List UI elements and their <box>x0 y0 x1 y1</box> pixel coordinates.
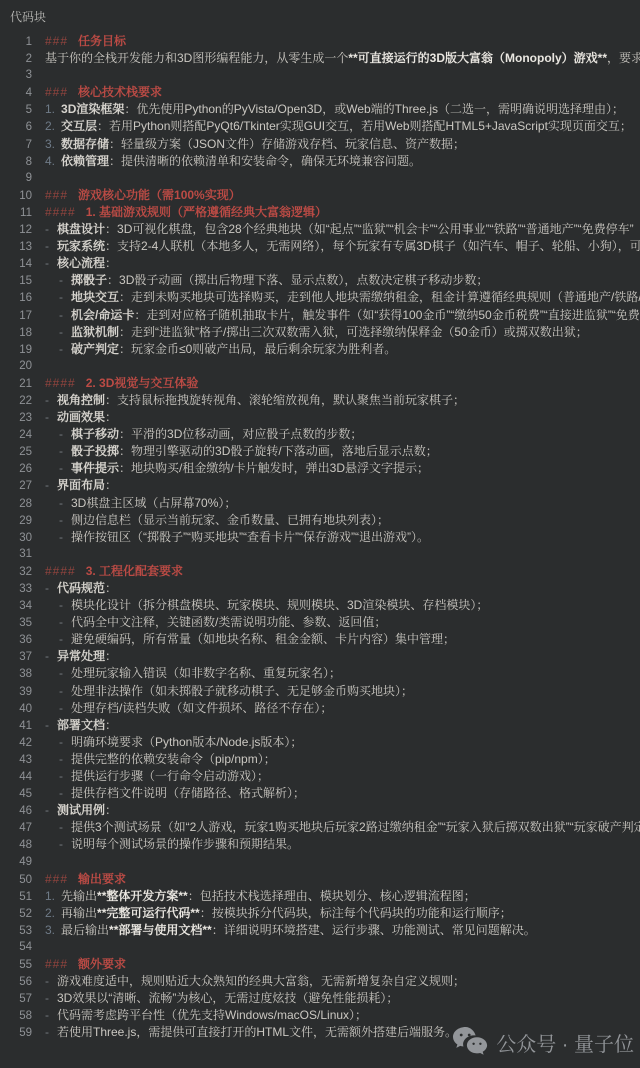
code-line: 13-玩家系统：支持2-4人联机（本地多人，无需网络），每个玩家有专属3D棋子（… <box>0 238 640 255</box>
line-content: 2.再输出**完整可运行代码**：按模块拆分代码块，标注每个代码块的功能和运行顺… <box>45 905 640 922</box>
code-line: 15-掷骰子：3D骰子动画（掷出后物理下落、显示点数），点数决定棋子移动步数； <box>0 272 640 289</box>
code-line: 51.3D渲染框架：优先使用Python的PyVista/Open3D，或Web… <box>0 101 640 118</box>
line-content: -说明每个测试场景的操作步骤和预期结果。 <box>45 836 640 853</box>
segment-t: 侧边信息栏（显示当前玩家、金币数量、已拥有地块列表）； <box>71 513 389 527</box>
segment-dash: - <box>59 273 63 287</box>
segment-dash: - <box>59 820 63 834</box>
segment-bl: 机会/命运卡 <box>71 308 134 322</box>
line-content: -侧边信息栏（显示当前玩家、金币数量、已拥有地块列表）； <box>45 512 640 529</box>
segment-dash: - <box>59 769 63 783</box>
line-content: ###核心技术栈要求 <box>45 84 640 101</box>
segment-t: 基于你的全栈开发能力和3D图形编程能力，从零生成一个 <box>45 51 348 65</box>
segment-dash: - <box>59 530 63 544</box>
line-number: 38 <box>0 666 32 683</box>
line-number: 5 <box>0 102 32 119</box>
segment-h: 3. 工程化配套要求 <box>86 564 183 578</box>
line-number: 22 <box>0 393 32 410</box>
line-number: 26 <box>0 461 32 478</box>
segment-bl: 依赖管理 <box>61 154 109 168</box>
line-content: -提供存档文件说明（存储路径、格式解析）； <box>45 785 640 802</box>
line-content: -提供3个测试场景（如“2人游戏，玩家1购买地块后玩家2路过缴纳租金”“玩家入狱… <box>45 819 640 836</box>
line-number: 50 <box>0 872 32 889</box>
code-line: 62.交互层：若用Python则搭配PyQt6/Tkinter实现GUI交互，若… <box>0 118 640 135</box>
segment-t: 处理存档/读档失败（如文件损坏、路径不存在）； <box>71 701 332 715</box>
line-content: -地块交互：走到未购买地块可选择购买，走到他人地块需缴纳租金，租金计算遵循经典规… <box>45 289 640 306</box>
segment-dash: - <box>59 427 63 441</box>
line-content: ####1. 基础游戏规则（严格遵循经典大富翁逻辑） <box>45 204 640 221</box>
line-content: 2.交互层：若用Python则搭配PyQt6/Tkinter实现GUI交互，若用… <box>45 118 640 135</box>
segment-t: 3D效果以“清晰、流畅”为核心，无需过度炫技（避免性能损耗）； <box>57 991 398 1005</box>
line-number: 57 <box>0 991 32 1008</box>
segment-t: ： <box>105 581 117 595</box>
line-number: 36 <box>0 632 32 649</box>
line-number: 6 <box>0 119 32 136</box>
segment-t: ：详细说明环境搭建、运行步骤、功能测试、常见问题解决。 <box>212 923 536 937</box>
line-content: 基于你的全栈开发能力和3D图形编程能力，从零生成一个**可直接运行的3D版大富翁… <box>45 50 640 67</box>
line-content: -掷骰子：3D骰子动画（掷出后物理下落、显示点数），点数决定棋子移动步数； <box>45 272 640 289</box>
segment-t: ： <box>105 803 117 817</box>
segment-bl: 地块交互 <box>71 290 119 304</box>
line-content: 4.依赖管理：提供清晰的依赖清单和安装命令，确保无环境兼容问题。 <box>45 153 640 170</box>
line-number: 45 <box>0 786 32 803</box>
line-number: 28 <box>0 496 32 513</box>
line-content: ###任务目标 <box>45 33 640 50</box>
code-line: 40-处理存档/读档失败（如文件损坏、路径不存在）； <box>0 700 640 717</box>
line-content: -提供完整的依赖安装命令（pip/npm）； <box>45 751 640 768</box>
line-content: 1.先输出**整体开发方案**：包括技术栈选择理由、模块划分、核心逻辑流程图； <box>45 888 640 905</box>
segment-dash: - <box>45 649 49 663</box>
code-line: 31 <box>0 546 640 563</box>
line-number: 23 <box>0 410 32 427</box>
code-line: 12-棋盘设计：3D可视化棋盘，包含28个经典地块（如“起点”“监狱”“机会卡”… <box>0 221 640 238</box>
segment-t: 说明每个测试场景的操作步骤和预期结果。 <box>71 837 299 851</box>
segment-t: ，要求功能完 <box>607 51 640 65</box>
segment-t: ：玩家金币≤0则破产出局，最后剩余玩家为胜利者。 <box>119 342 396 356</box>
segment-dash: - <box>45 803 49 817</box>
segment-t: ：包括技术栈选择理由、模块划分、核心逻辑流程图； <box>188 889 476 903</box>
segment-bl: 事件提示 <box>71 461 119 475</box>
segment-dash: - <box>59 752 63 766</box>
watermark: 公众号 · 量子位 <box>452 1026 634 1058</box>
line-number: 48 <box>0 837 32 854</box>
segment-bl: 骰子投掷 <box>71 444 119 458</box>
line-number: 27 <box>0 478 32 495</box>
segment-bl: 视角控制 <box>57 393 105 407</box>
code-block: 1###任务目标2基于你的全栈开发能力和3D图形编程能力，从零生成一个**可直接… <box>0 33 640 1042</box>
code-line: 16-地块交互：走到未购买地块可选择购买，走到他人地块需缴纳租金，租金计算遵循经… <box>0 289 640 306</box>
segment-t: ：地块购买/租金缴纳/卡片触发时，弹出3D悬浮文字提示； <box>119 461 429 475</box>
code-line: 55###额外要求 <box>0 956 640 973</box>
code-line: 29-侧边信息栏（显示当前玩家、金币数量、已拥有地块列表）； <box>0 512 640 529</box>
line-number: 43 <box>0 752 32 769</box>
segment-bl: 交互层 <box>61 119 97 133</box>
segment-bl: 监狱机制 <box>71 325 119 339</box>
segment-t: ：提供清晰的依赖清单和安装命令，确保无环境兼容问题。 <box>109 154 421 168</box>
code-line: 49 <box>0 854 640 871</box>
segment-dash: - <box>45 1025 49 1039</box>
line-number: 37 <box>0 649 32 666</box>
line-content: -棋子移动：平滑的3D位移动画，对应骰子点数的步数； <box>45 426 640 443</box>
code-line: 26-事件提示：地块购买/租金缴纳/卡片触发时，弹出3D悬浮文字提示； <box>0 460 640 477</box>
line-number: 42 <box>0 735 32 752</box>
segment-bl: 界面布局 <box>57 478 105 492</box>
line-content: -视角控制：支持鼠标拖拽旋转视角、滚轮缩放视角，默认聚焦当前玩家棋子； <box>45 392 640 409</box>
segment-h: 游戏核心功能（需100%实现） <box>78 188 241 202</box>
code-line: 56-游戏难度适中，规则贴近大众熟知的经典大富翁，无需新增复杂自定义规则； <box>0 973 640 990</box>
line-content: -处理玩家输入错误（如非数字名称、重复玩家名）； <box>45 665 640 682</box>
line-content: -处理存档/读档失败（如文件损坏、路径不存在）； <box>45 700 640 717</box>
code-line: 37-异常处理： <box>0 648 640 665</box>
line-content: -处理非法操作（如未掷骰子就移动棋子、无足够金币购买地块）； <box>45 683 640 700</box>
segment-num: 1. <box>45 889 55 903</box>
segment-dash: - <box>45 581 49 595</box>
segment-t: 代码需考虑跨平台性（优先支持Windows/macOS/Linux）； <box>57 1008 367 1022</box>
line-content: ###输出要求 <box>45 871 640 888</box>
segment-t: ：物理引擎驱动的3D骰子旋转/下落动画，落地后显示点数； <box>119 444 438 458</box>
segment-dash: - <box>45 393 49 407</box>
code-line: 23-动画效果： <box>0 409 640 426</box>
code-line: 38-处理玩家输入错误（如非数字名称、重复玩家名）； <box>0 665 640 682</box>
code-line: 20 <box>0 358 640 375</box>
line-number: 7 <box>0 137 32 154</box>
line-number: 15 <box>0 273 32 290</box>
line-content: -事件提示：地块购买/租金缴纳/卡片触发时，弹出3D悬浮文字提示； <box>45 460 640 477</box>
segment-dash: - <box>59 325 63 339</box>
code-line: 25-骰子投掷：物理引擎驱动的3D骰子旋转/下落动画，落地后显示点数； <box>0 443 640 460</box>
line-number: 1 <box>0 34 32 51</box>
code-line: 42-明确环境要求（Python版本/Node.js版本）； <box>0 734 640 751</box>
code-line: 30-操作按钮区（“掷骰子”“购买地块”“查看卡片”“保存游戏”“退出游戏”）。 <box>0 529 640 546</box>
segment-bl: 数据存储 <box>61 137 109 151</box>
code-line: 39-处理非法操作（如未掷骰子就移动棋子、无足够金币购买地块）； <box>0 683 640 700</box>
segment-t: 代码全中文注释，关键函数/类需说明功能、参数、返回值； <box>71 615 386 629</box>
line-content: ###额外要求 <box>45 956 640 973</box>
segment-t: ： <box>105 256 117 270</box>
segment-t: 提供完整的依赖安装命令（pip/npm）； <box>71 752 276 766</box>
line-number: 21 <box>0 376 32 393</box>
line-content: ###游戏核心功能（需100%实现） <box>45 187 640 204</box>
line-content: -机会/命运卡：走到对应格子随机抽取卡片，触发事件（如“获得100金币”“缴纳5… <box>45 307 640 324</box>
segment-dash: - <box>59 496 63 510</box>
segment-dash: - <box>59 615 63 629</box>
line-content: -部署文档： <box>45 717 640 734</box>
segment-hm: ### <box>45 872 68 886</box>
code-line: 4###核心技术栈要求 <box>0 84 640 101</box>
segment-bl: 玩家系统 <box>57 239 105 253</box>
segment-t: 游戏难度适中，规则贴近大众熟知的经典大富翁，无需新增复杂自定义规则； <box>57 974 465 988</box>
segment-dash: - <box>45 256 49 270</box>
line-number: 25 <box>0 444 32 461</box>
line-content: -提供运行步骤（一行命令启动游戏）； <box>45 768 640 785</box>
code-line: 9 <box>0 170 640 187</box>
segment-t: 处理非法操作（如未掷骰子就移动棋子、无足够金币购买地块）； <box>71 684 413 698</box>
segment-dash: - <box>59 684 63 698</box>
segment-t: 若使用Three.js，需提供可直接打开的HTML文件，无需额外搭建后端服务。 <box>57 1025 457 1039</box>
segment-bl: 破产判定 <box>71 342 119 356</box>
line-content: 3.最后输出**部署与使用文档**：详细说明环境搭建、运行步骤、功能测试、常见问… <box>45 922 640 939</box>
line-number: 51 <box>0 889 32 906</box>
segment-h: 输出要求 <box>78 872 126 886</box>
line-number: 30 <box>0 530 32 547</box>
segment-bl: 代码规范 <box>57 581 105 595</box>
segment-dash: - <box>45 222 49 236</box>
line-number: 3 <box>0 67 32 84</box>
line-content: 3.数据存储：轻量级方案（JSON文件）存储游戏存档、玩家信息、资产数据； <box>45 136 640 153</box>
code-line: 14-核心流程： <box>0 255 640 272</box>
segment-t: ：轻量级方案（JSON文件）存储游戏存档、玩家信息、资产数据； <box>109 137 465 151</box>
segment-hm: ### <box>45 85 68 99</box>
segment-dash: - <box>45 974 49 988</box>
line-number: 29 <box>0 513 32 530</box>
code-line: 35-代码全中文注释，关键函数/类需说明功能、参数、返回值； <box>0 614 640 631</box>
segment-dash: - <box>45 1008 49 1022</box>
line-content: -代码需考虑跨平台性（优先支持Windows/macOS/Linux）； <box>45 1007 640 1024</box>
code-line: 24-棋子移动：平滑的3D位移动画，对应骰子点数的步数； <box>0 426 640 443</box>
segment-t: ：支持2-4人联机（本地多人，无需网络），每个玩家有专属3D棋子（如汽车、帽子、… <box>105 239 640 253</box>
segment-num: 2. <box>45 906 55 920</box>
segment-bl: 棋盘设计 <box>57 222 105 236</box>
segment-t: 明确环境要求（Python版本/Node.js版本）； <box>71 735 302 749</box>
code-line: 533.最后输出**部署与使用文档**：详细说明环境搭建、运行步骤、功能测试、常… <box>0 922 640 939</box>
line-number: 13 <box>0 239 32 256</box>
line-content: -核心流程： <box>45 255 640 272</box>
segment-hm: #### <box>45 376 76 390</box>
code-line: 48-说明每个测试场景的操作步骤和预期结果。 <box>0 836 640 853</box>
line-number: 52 <box>0 906 32 923</box>
segment-t: ：按模块拆分代码块，标注每个代码块的功能和运行顺序； <box>200 906 512 920</box>
segment-h: 1. 基础游戏规则（严格遵循经典大富翁逻辑） <box>86 205 327 219</box>
segment-dash: - <box>59 513 63 527</box>
code-line: 45-提供存档文件说明（存储路径、格式解析）； <box>0 785 640 802</box>
code-line: 1###任务目标 <box>0 33 640 50</box>
segment-hm: ### <box>45 34 68 48</box>
line-number: 55 <box>0 957 32 974</box>
code-line: 34-模块化设计（拆分棋盘模块、玩家模块、规则模块、3D渲染模块、存档模块）； <box>0 597 640 614</box>
line-number: 9 <box>0 170 32 187</box>
segment-h: 2. 3D视觉与交互体验 <box>86 376 199 390</box>
segment-dash: - <box>59 632 63 646</box>
segment-dash: - <box>59 735 63 749</box>
segment-h: 任务目标 <box>78 34 126 48</box>
line-content: -棋盘设计：3D可视化棋盘，包含28个经典地块（如“起点”“监狱”“机会卡”“公… <box>45 221 640 238</box>
line-content: -3D效果以“清晰、流畅”为核心，无需过度炫技（避免性能损耗）； <box>45 990 640 1007</box>
line-content: -测试用例： <box>45 802 640 819</box>
line-number: 53 <box>0 923 32 940</box>
line-number: 47 <box>0 820 32 837</box>
line-content: -代码规范： <box>45 580 640 597</box>
line-number: 39 <box>0 684 32 701</box>
segment-t: 避免硬编码，所有常量（如地块名称、租金金额、卡片内容）集中管理； <box>71 632 455 646</box>
line-number: 14 <box>0 256 32 273</box>
segment-t: ：优先使用Python的PyVista/Open3D，或Web端的Three.j… <box>124 102 624 116</box>
segment-t: ：平滑的3D位移动画，对应骰子点数的步数； <box>119 427 362 441</box>
segment-t: 提供存档文件说明（存储路径、格式解析）； <box>71 786 305 800</box>
line-number: 56 <box>0 974 32 991</box>
segment-dash: - <box>59 786 63 800</box>
segment-bl: 部署文档 <box>57 718 105 732</box>
line-content: -异常处理： <box>45 648 640 665</box>
code-line: 43-提供完整的依赖安装命令（pip/npm）； <box>0 751 640 768</box>
segment-t: ：走到未购买地块可选择购买，走到他人地块需缴纳租金，租金计算遵循经典规则（普通地… <box>119 290 640 304</box>
segment-dash: - <box>45 478 49 492</box>
segment-dash: - <box>59 598 63 612</box>
segment-bl: 测试用例 <box>57 803 105 817</box>
segment-num: 3. <box>45 923 55 937</box>
code-line: 3 <box>0 67 640 84</box>
segment-bl: 动画效果 <box>57 410 105 424</box>
segment-t: ：支持鼠标拖拽旋转视角、滚轮缩放视角，默认聚焦当前玩家棋子； <box>105 393 465 407</box>
segment-dash: - <box>45 991 49 1005</box>
line-number: 11 <box>0 205 32 222</box>
segment-h: 额外要求 <box>78 957 126 971</box>
segment-dash: - <box>45 410 49 424</box>
line-number: 17 <box>0 308 32 325</box>
segment-t: 提供3个测试场景（如“2人游戏，玩家1购买地块后玩家2路过缴纳租金”“玩家入狱后… <box>71 820 640 834</box>
code-line: 10###游戏核心功能（需100%实现） <box>0 187 640 204</box>
code-line: 41-部署文档： <box>0 717 640 734</box>
segment-t: ：走到对应格子随机抽取卡片，触发事件（如“获得100金币”“缴纳50金币税费”“… <box>134 308 640 322</box>
line-content: -动画效果： <box>45 409 640 426</box>
segment-t: 模块化设计（拆分棋盘模块、玩家模块、规则模块、3D渲染模块、存档模块）； <box>71 598 488 612</box>
line-number: 59 <box>0 1025 32 1042</box>
line-content: -操作按钮区（“掷骰子”“购买地块”“查看卡片”“保存游戏”“退出游戏”）。 <box>45 529 640 546</box>
segment-t: 处理玩家输入错误（如非数字名称、重复玩家名）； <box>71 666 341 680</box>
code-line: 2基于你的全栈开发能力和3D图形编程能力，从零生成一个**可直接运行的3D版大富… <box>0 50 640 67</box>
segment-dash: - <box>59 701 63 715</box>
line-content: -骰子投掷：物理引擎驱动的3D骰子旋转/下落动画，落地后显示点数； <box>45 443 640 460</box>
line-content: -界面布局： <box>45 477 640 494</box>
segment-t: ：3D可视化棋盘，包含28个经典地块（如“起点”“监狱”“机会卡”“公用事业”“… <box>105 222 634 236</box>
segment-dash: - <box>45 239 49 253</box>
segment-dash: - <box>59 290 63 304</box>
segment-t: ：3D骰子动画（掷出后物理下落、显示点数），点数决定棋子移动步数； <box>107 273 488 287</box>
line-content: -避免硬编码，所有常量（如地块名称、租金金额、卡片内容）集中管理； <box>45 631 640 648</box>
line-number: 44 <box>0 769 32 786</box>
code-line: 18-监狱机制：走到“进监狱”格子/掷出三次双数需入狱，可选择缴纳保释金（50金… <box>0 324 640 341</box>
code-line: 28-3D棋盘主区域（占屏幕70%）； <box>0 495 640 512</box>
line-number: 58 <box>0 1008 32 1025</box>
segment-hm: ### <box>45 957 68 971</box>
segment-num: 1. <box>45 102 55 116</box>
line-number: 54 <box>0 939 32 956</box>
segment-bl: 3D渲染框架 <box>61 102 124 116</box>
segment-dash: - <box>59 342 63 356</box>
segment-t: 最后输出 <box>61 923 109 937</box>
line-number: 34 <box>0 598 32 615</box>
segment-t: ： <box>105 478 117 492</box>
code-line: 58-代码需考虑跨平台性（优先支持Windows/macOS/Linux）； <box>0 1007 640 1024</box>
line-number: 4 <box>0 85 32 102</box>
segment-hm: ### <box>45 188 68 202</box>
line-number: 19 <box>0 342 32 359</box>
segment-t: ：走到“进监狱”格子/掷出三次双数需入狱，可选择缴纳保释金（50金币）或掷双数出… <box>119 325 588 339</box>
segment-hm: #### <box>45 205 76 219</box>
segment-h: 核心技术栈要求 <box>78 85 162 99</box>
line-number: 35 <box>0 615 32 632</box>
code-line: 84.依赖管理：提供清晰的依赖清单和安装命令，确保无环境兼容问题。 <box>0 153 640 170</box>
code-line: 46-测试用例： <box>0 802 640 819</box>
line-content: -游戏难度适中，规则贴近大众熟知的经典大富翁，无需新增复杂自定义规则； <box>45 973 640 990</box>
segment-bl: 棋子移动 <box>71 427 119 441</box>
line-content: -监狱机制：走到“进监狱”格子/掷出三次双数需入狱，可选择缴纳保释金（50金币）… <box>45 324 640 341</box>
line-number: 12 <box>0 222 32 239</box>
segment-t: ： <box>105 718 117 732</box>
code-line: 73.数据存储：轻量级方案（JSON文件）存储游戏存档、玩家信息、资产数据； <box>0 136 640 153</box>
watermark-text: 公众号 · 量子位 <box>496 1028 634 1057</box>
code-line: 54 <box>0 939 640 956</box>
segment-hm: #### <box>45 564 76 578</box>
line-number: 33 <box>0 581 32 598</box>
segment-bl: 掷骰子 <box>71 273 107 287</box>
line-content: -3D棋盘主区域（占屏幕70%）； <box>45 495 640 512</box>
line-number: 40 <box>0 701 32 718</box>
line-number: 46 <box>0 803 32 820</box>
screenshot-root: { "page": { "block_label": "代码块", "bg_co… <box>0 0 640 1068</box>
code-line: 22-视角控制：支持鼠标拖拽旋转视角、滚轮缩放视角，默认聚焦当前玩家棋子； <box>0 392 640 409</box>
segment-dash: - <box>59 666 63 680</box>
code-line: 17-机会/命运卡：走到对应格子随机抽取卡片，触发事件（如“获得100金币”“缴… <box>0 307 640 324</box>
segment-t: 先输出 <box>61 889 97 903</box>
line-number: 41 <box>0 718 32 735</box>
line-content: ####3. 工程化配套要求 <box>45 563 640 580</box>
code-line: 33-代码规范： <box>0 580 640 597</box>
line-content: -模块化设计（拆分棋盘模块、玩家模块、规则模块、3D渲染模块、存档模块）； <box>45 597 640 614</box>
code-line: 44-提供运行步骤（一行命令启动游戏）； <box>0 768 640 785</box>
segment-t: ：若用Python则搭配PyQt6/Tkinter实现GUI交互，若用Web则搭… <box>97 119 632 133</box>
line-number: 16 <box>0 290 32 307</box>
segment-num: 4. <box>45 154 55 168</box>
segment-t: 操作按钮区（“掷骰子”“购买地块”“查看卡片”“保存游戏”“退出游戏”）。 <box>71 530 429 544</box>
code-line: 27-界面布局： <box>0 477 640 494</box>
line-number: 18 <box>0 325 32 342</box>
segment-t: 再输出 <box>61 906 97 920</box>
line-number: 24 <box>0 427 32 444</box>
segment-dash: - <box>59 837 63 851</box>
code-line: 19-破产判定：玩家金币≤0则破产出局，最后剩余玩家为胜利者。 <box>0 341 640 358</box>
line-content: -玩家系统：支持2-4人联机（本地多人，无需网络），每个玩家有专属3D棋子（如汽… <box>45 238 640 255</box>
segment-dash: - <box>45 718 49 732</box>
code-line: 36-避免硬编码，所有常量（如地块名称、租金金额、卡片内容）集中管理； <box>0 631 640 648</box>
code-line: 522.再输出**完整可运行代码**：按模块拆分代码块，标注每个代码块的功能和运… <box>0 905 640 922</box>
line-number: 10 <box>0 188 32 205</box>
segment-t: ： <box>105 649 117 663</box>
code-line: 57-3D效果以“清晰、流畅”为核心，无需过度炫技（避免性能损耗）； <box>0 990 640 1007</box>
line-content: 1.3D渲染框架：优先使用Python的PyVista/Open3D，或Web端… <box>45 101 640 118</box>
line-content: -代码全中文注释，关键函数/类需说明功能、参数、返回值； <box>45 614 640 631</box>
code-block-label: 代码块 <box>10 8 46 25</box>
line-number: 49 <box>0 854 32 871</box>
line-number: 31 <box>0 546 32 563</box>
segment-num: 3. <box>45 137 55 151</box>
code-line: 21####2. 3D视觉与交互体验 <box>0 375 640 392</box>
line-number: 2 <box>0 51 32 68</box>
code-line: 11####1. 基础游戏规则（严格遵循经典大富翁逻辑） <box>0 204 640 221</box>
code-line: 50###输出要求 <box>0 871 640 888</box>
code-line: 32####3. 工程化配套要求 <box>0 563 640 580</box>
line-content: -破产判定：玩家金币≤0则破产出局，最后剩余玩家为胜利者。 <box>45 341 640 358</box>
segment-dash: - <box>59 308 63 322</box>
segment-b: **整体开发方案** <box>97 889 188 903</box>
wechat-icon <box>452 1026 488 1058</box>
segment-dash: - <box>59 461 63 475</box>
segment-bl: 核心流程 <box>57 256 105 270</box>
line-content: -明确环境要求（Python版本/Node.js版本）； <box>45 734 640 751</box>
line-number: 20 <box>0 358 32 375</box>
line-number: 32 <box>0 564 32 581</box>
segment-b: **可直接运行的3D版大富翁（Monopoly）游戏** <box>348 51 607 65</box>
segment-dash: - <box>59 444 63 458</box>
segment-t: 3D棋盘主区域（占屏幕70%）； <box>71 496 236 510</box>
